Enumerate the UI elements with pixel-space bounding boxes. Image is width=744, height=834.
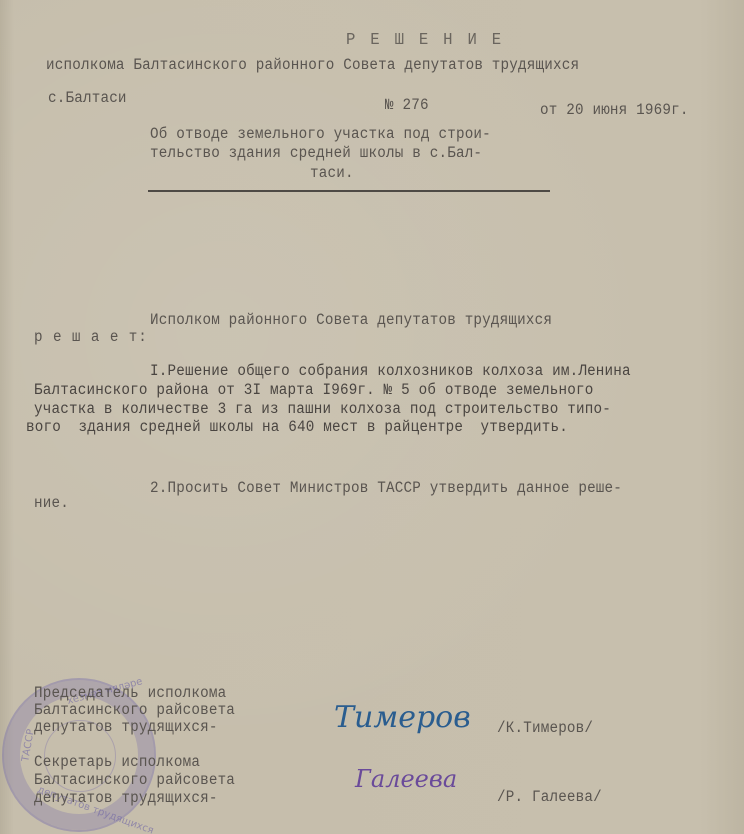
signature-1: Тимеров [334,700,471,735]
issuer-line: исполкома Балтасинского районного Совета… [46,58,579,74]
item-2-line-2: ние. [34,496,69,512]
signature-2: Галеева [355,765,457,793]
signatory-1-position-3: депутатов трудящихся- [34,720,218,736]
subject-line-2: тельство здания средней школы в с.Бал- [150,146,482,162]
subject-line-1: Об отводе земельного участка под строи- [150,127,491,143]
item-1-line-4: вого здания средней школы на 640 мест в … [26,420,568,436]
item-1-line-2: Балтасинского района от 3I марта I969г. … [34,383,593,399]
document-title: Р Е Ш Е Н И Е [346,32,504,49]
decision-number: № 276 [385,98,429,114]
item-1-line-1: I.Решение общего собрания колхозников ко… [150,364,631,380]
signatory-2-name: /Р. Галеева/ [497,790,602,806]
place: с.Балтаси [48,91,127,107]
signatory-1-position-2: Балтасинского райсовета [34,703,235,719]
resolves: р е ш а е т: [34,330,148,346]
signatory-2-position-3: депутатов трудящихся- [34,791,218,807]
subject-line-3: таси. [310,166,354,182]
preamble: Исполком районного Совета депутатов труд… [150,313,552,329]
signatory-1-position-1: Председатель исполкома [34,686,226,702]
item-1-line-3: участка в количестве 3 га из пашни колхо… [34,402,611,418]
document-page: Р Е Ш Е Н И Е исполкома Балтасинского ра… [0,0,744,834]
signatory-1-name: /К.Тимеров/ [497,721,593,737]
item-2-line-1: 2.Просить Совет Министров ТАССР утвердит… [150,481,622,497]
signatory-2-position-1: Секретарь исполкома [34,755,200,771]
decision-date: от 20 июня 1969г. [540,103,689,119]
subject-underline [148,190,550,192]
signatory-2-position-2: Балтасинского райсовета [34,773,235,789]
